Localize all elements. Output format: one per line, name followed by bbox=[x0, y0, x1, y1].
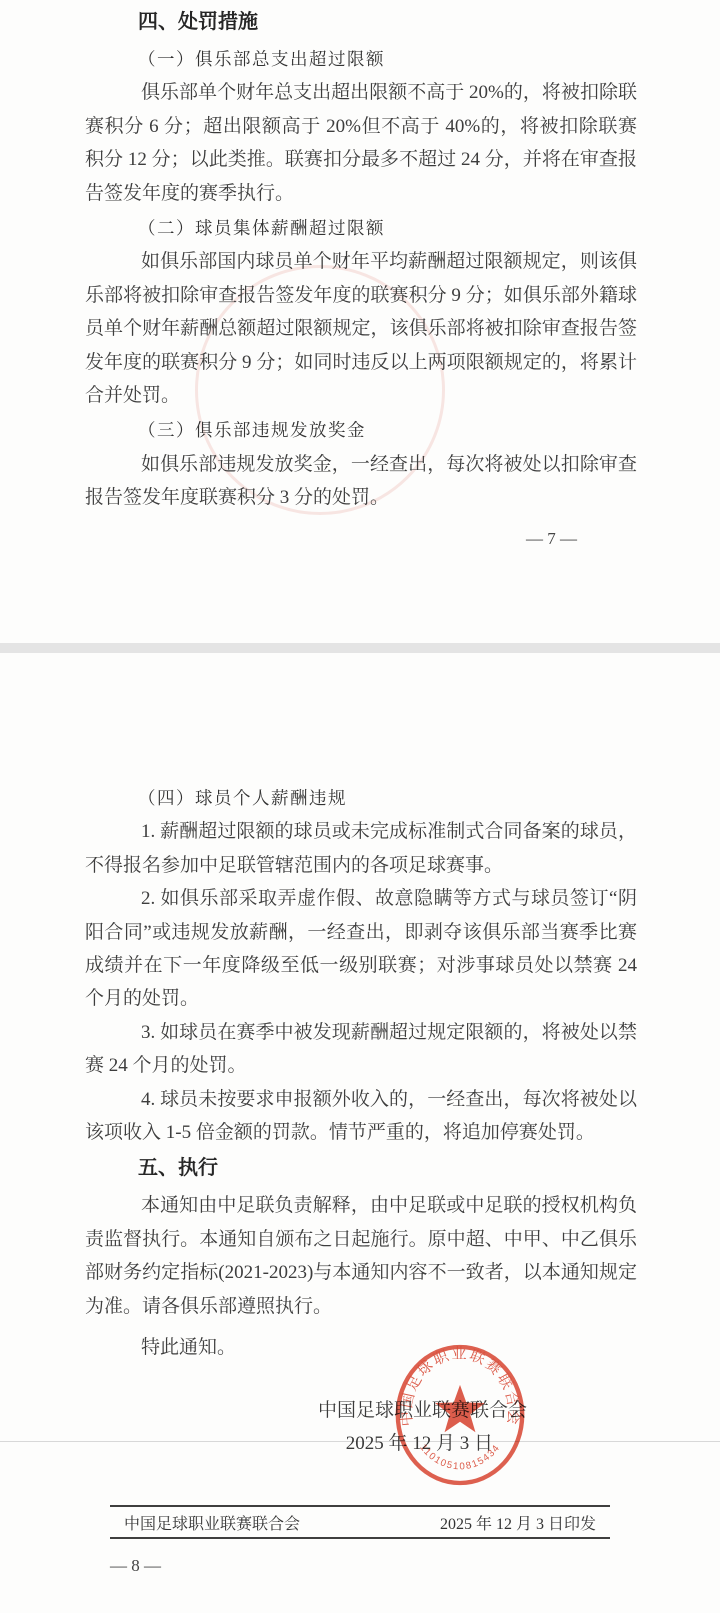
section-heading-5: 五、执行 bbox=[138, 1151, 637, 1185]
paragraph-execution: 本通知由中足联负责解释，由中足联或中足联的授权机构负责监督执行。本通知自颁布之日… bbox=[85, 1189, 637, 1323]
list-item-1: 1. 薪酬超过限额的球员或未完成标准制式合同备案的球员，不得报名参加中足联管辖范… bbox=[85, 815, 637, 882]
paragraph-collective-salary: 如俱乐部国内球员单个财年平均薪酬超过限额规定，则该俱乐部将被扣除审查报告签发年度… bbox=[85, 245, 637, 412]
issue-date: 2025 年 12 月 3 日 bbox=[85, 1427, 637, 1460]
subsection-heading-4: （四）球员个人薪酬违规 bbox=[138, 782, 637, 815]
footer-issuer: 中国足球职业联赛联合会 bbox=[124, 1511, 300, 1534]
official-seal: 中国足球职业联赛联合会 11010510815434 bbox=[392, 1341, 528, 1489]
subsection-heading-1: （一）俱乐部总支出超过限额 bbox=[138, 43, 637, 76]
list-item-3: 3. 如球员在赛季中被发现薪酬超过规定限额的，将被处以禁赛 24 个月的处罚。 bbox=[85, 1016, 637, 1083]
subsection-heading-2: （二）球员集体薪酬超过限额 bbox=[138, 212, 637, 245]
list-item-2: 2. 如俱乐部采取弄虚作假、故意隐瞒等方式与球员签订“阴阳合同”或违规发放薪酬，… bbox=[85, 882, 637, 1016]
list-item-4: 4. 球员未按要求申报额外收入的，一经查出，每次将被处以该项收入 1-5 倍金额… bbox=[85, 1083, 637, 1150]
paragraph-illegal-bonus: 如俱乐部违规发放奖金，一经查出，每次将被处以扣除审查报告签发年度联赛积分 3 分… bbox=[85, 448, 637, 515]
document-page-8: （四）球员个人薪酬违规 1. 薪酬超过限额的球员或未完成标准制式合同备案的球员，… bbox=[0, 653, 720, 1613]
page-number-7: — 7 — bbox=[85, 529, 637, 549]
scanned-document: { "doc": { "page7": { "section4_heading"… bbox=[0, 0, 720, 1613]
document-page-7: 四、处罚措施 （一）俱乐部总支出超过限额 俱乐部单个财年总支出超出限额不高于 2… bbox=[0, 0, 720, 643]
record-footer: 中国足球职业联赛联合会 2025 年 12 月 3 日印发 bbox=[110, 1505, 610, 1539]
footer-print-date: 2025 年 12 月 3 日印发 bbox=[440, 1511, 596, 1534]
svg-text:11010510815434: 11010510815434 bbox=[417, 1442, 502, 1472]
closing-notice: 特此通知。 bbox=[85, 1331, 637, 1364]
seal-code-text: 11010510815434 bbox=[417, 1442, 502, 1472]
subsection-heading-3: （三）俱乐部违规发放奖金 bbox=[138, 414, 637, 447]
issuer-signature: 中国足球职业联赛联合会 bbox=[85, 1394, 637, 1427]
page-gap-divider bbox=[0, 643, 720, 653]
star-icon bbox=[435, 1385, 485, 1432]
section-heading-4: 四、处罚措施 bbox=[138, 5, 637, 39]
paragraph-total-expenditure: 俱乐部单个财年总支出超出限额不高于 20%的，将被扣除联赛积分 6 分；超出限额… bbox=[85, 76, 637, 210]
page-number-8: — 8 — bbox=[110, 1556, 161, 1576]
